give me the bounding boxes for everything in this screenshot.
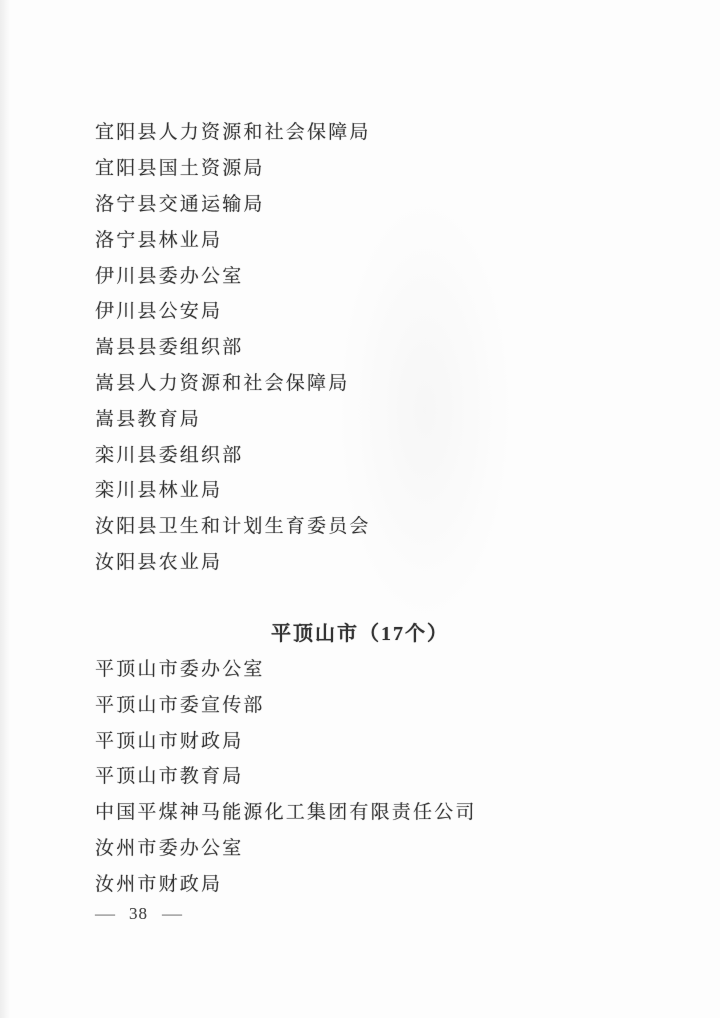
footer-dash-right: — [162, 906, 182, 923]
list-item: 伊川县委办公室 [95, 256, 625, 292]
document-page: 宜阳县人力资源和社会保障局 宜阳县国土资源局 洛宁县交通运输局 洛宁县林业局 伊… [0, 0, 720, 1018]
list-item: 洛宁县林业局 [95, 220, 625, 256]
footer-dash-left: — [95, 906, 115, 923]
list-item: 栾川县林业局 [95, 471, 625, 507]
list-item: 中国平煤神马能源化工集团有限责任公司 [95, 793, 625, 829]
list-item: 栾川县委组织部 [95, 435, 625, 471]
organization-list-continued: 宜阳县人力资源和社会保障局 宜阳县国土资源局 洛宁县交通运输局 洛宁县林业局 伊… [95, 113, 625, 578]
organization-list-pingdingshan: 平顶山市委办公室 平顶山市委宣传部 平顶山市财政局 平顶山市教育局 中国平煤神马… [95, 650, 625, 901]
list-item: 平顶山市教育局 [95, 757, 625, 793]
list-item: 伊川县公安局 [95, 292, 625, 328]
page-number: 38 [129, 904, 148, 924]
document-content: 宜阳县人力资源和社会保障局 宜阳县国土资源局 洛宁县交通运输局 洛宁县林业局 伊… [95, 113, 625, 927]
list-item: 嵩县县委组织部 [95, 328, 625, 364]
list-item: 平顶山市委办公室 [95, 650, 625, 686]
list-item: 平顶山市财政局 [95, 721, 625, 757]
list-item: 宜阳县人力资源和社会保障局 [95, 113, 625, 149]
list-item: 嵩县教育局 [95, 399, 625, 435]
list-item: 洛宁县交通运输局 [95, 185, 625, 221]
scan-edge-shadow [0, 0, 10, 1018]
list-item: 平顶山市委宣传部 [95, 685, 625, 721]
list-item: 宜阳县国土资源局 [95, 149, 625, 185]
list-item: 汝阳县农业局 [95, 543, 625, 579]
list-item: 嵩县人力资源和社会保障局 [95, 364, 625, 400]
list-item: 汝阳县卫生和计划生育委员会 [95, 507, 625, 543]
section-heading-pingdingshan: 平顶山市（17个） [95, 614, 625, 650]
page-footer: — 38 — [95, 901, 182, 927]
list-item: 汝州市财政局 [95, 864, 625, 900]
list-item: 汝州市委办公室 [95, 829, 625, 865]
